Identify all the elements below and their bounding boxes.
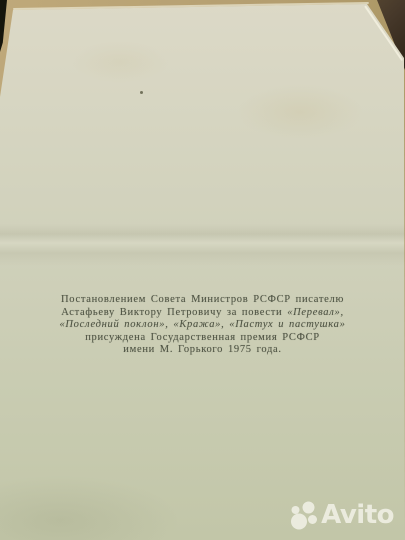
text-segment: имени М. Горького 1975 года.: [123, 344, 281, 355]
text-line-book-titles: «Последний поклон», «Кража», «Пастух и п…: [42, 319, 363, 332]
text-segment-book-title: «Перевал»,: [287, 307, 344, 318]
text-line: Постановлением Совета Министров РСФСР пи…: [42, 294, 363, 307]
avito-wordmark: Avito: [321, 500, 394, 530]
text-line: присуждена Государственная премия РСФСР: [42, 332, 363, 345]
book-page: [0, 0, 405, 540]
ink-speck: [140, 91, 143, 94]
text-segment: Постановлением Совета Министров РСФСР пи…: [61, 294, 344, 305]
avito-watermark: Avito: [289, 500, 394, 530]
text-line: имени М. Горького 1975 года.: [42, 344, 363, 357]
text-segment: присуждена Государственная премия РСФСР: [85, 332, 320, 343]
avito-logo-icon: [289, 500, 319, 530]
text-line: Астафьеву Виктору Петровичу за повести «…: [42, 307, 363, 320]
award-text-block: Постановлением Совета Министров РСФСР пи…: [42, 294, 363, 357]
text-segment-book-title: «Последний поклон», «Кража», «Пастух и п…: [59, 319, 345, 330]
book-page-photo: Постановлением Совета Министров РСФСР пи…: [0, 0, 405, 540]
text-segment: Астафьеву Виктору Петровичу за повести: [61, 307, 287, 318]
